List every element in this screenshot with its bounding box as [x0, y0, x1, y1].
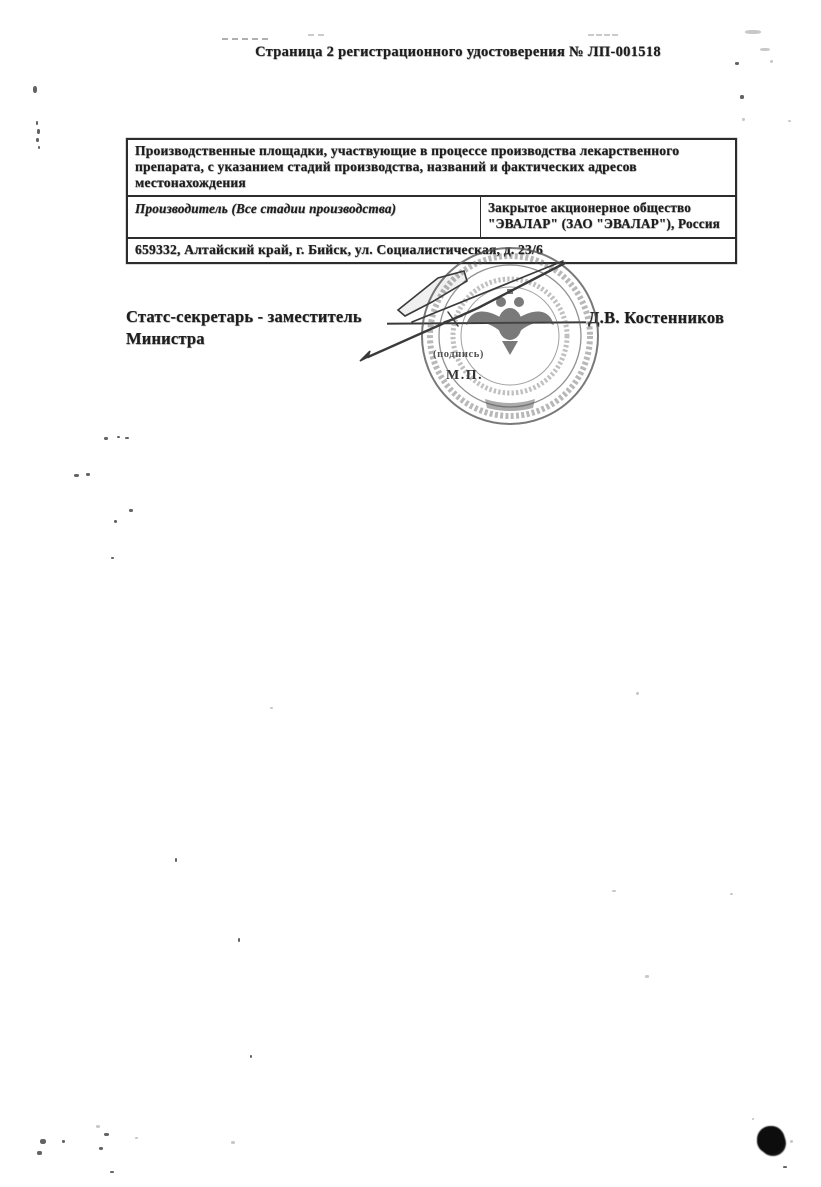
page-header: Страница 2 регистрационного удостоверени… — [0, 44, 821, 61]
table-title-line-2: препарата, с указанием стадий производст… — [135, 159, 728, 175]
scanned-document-page: Страница 2 регистрационного удостоверени… — [0, 0, 821, 1187]
signatory-title-line-1: Статс-секретарь - заместитель — [126, 306, 388, 328]
pen-signature — [350, 245, 640, 425]
producer-value-cell: Закрытое акционерное общество "ЭВАЛАР" (… — [480, 197, 735, 237]
producer-label-cell: Производитель (Все стадии производства) — [128, 197, 480, 237]
table-title-cell: Производственные площадки, участвующие в… — [128, 140, 735, 197]
table-title-line-3: местонахождения — [135, 175, 728, 191]
signatory-title-line-2: Министра — [126, 328, 388, 350]
producer-value-line-2: "ЭВАЛАР" (ЗАО "ЭВАЛАР"), Россия — [488, 216, 728, 233]
producer-row: Производитель (Все стадии производства) … — [128, 197, 735, 239]
table-title-line-1: Производственные площадки, участвующие в… — [135, 143, 728, 159]
signatory-title: Статс-секретарь - заместитель Министра — [126, 306, 388, 350]
ink-blot — [757, 1126, 785, 1154]
producer-value-line-1: Закрытое акционерное общество — [488, 200, 728, 217]
